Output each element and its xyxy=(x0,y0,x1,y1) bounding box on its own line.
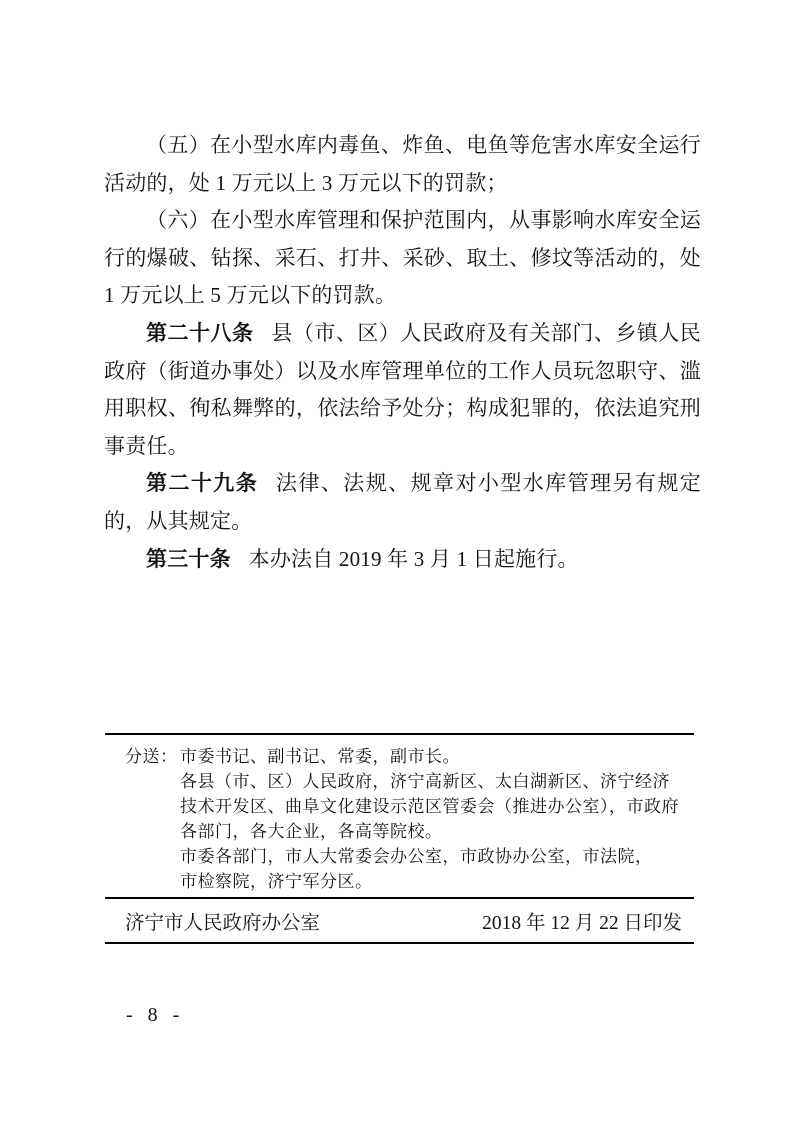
issuer-row: 济宁市人民政府办公室 2018 年 12 月 22 日印发 xyxy=(105,897,694,944)
distribution-line: 各部门，各大企业，各高等院校。 xyxy=(180,819,694,844)
page-number: - 8 - xyxy=(126,1004,184,1027)
paragraph-article-30: 第三十条本办法自 2019 年 3 月 1 日起施行。 xyxy=(104,541,701,579)
distribution-box: 分送： 市委书记、副书记、常委，副市长。 各县（市、区）人民政府，济宁高新区、太… xyxy=(105,733,694,944)
article-number: 第二十八条 xyxy=(146,321,254,345)
distribution-list: 市委书记、副书记、常委，副市长。 各县（市、区）人民政府，济宁高新区、太白湖新区… xyxy=(180,744,694,894)
paragraph-text: 本办法自 2019 年 3 月 1 日起施行。 xyxy=(249,547,579,571)
issue-date: 2018 年 12 月 22 日印发 xyxy=(482,907,682,935)
article-number: 第三十条 xyxy=(146,547,231,571)
paragraph-article-28: 第二十八条县（市、区）人民政府及有关部门、乡镇人民政府（街道办事处）以及水库管理… xyxy=(104,315,701,465)
paragraph-clause-6: （六）在小型水库管理和保护范围内，从事影响水库安全运行的爆破、钻探、采石、打井、… xyxy=(104,202,701,315)
distribution-line: 市委各部门，市人大常委会办公室，市政协办公室，市法院， xyxy=(180,844,694,869)
issuing-office: 济宁市人民政府办公室 xyxy=(125,907,320,935)
paragraph-clause-5: （五）在小型水库内毒鱼、炸鱼、电鱼等危害水库安全运行活动的，处 1 万元以上 3… xyxy=(104,127,701,202)
distribution-label: 分送： xyxy=(105,744,180,894)
article-number: 第二十九条 xyxy=(146,471,258,495)
distribution-line: 市委书记、副书记、常委，副市长。 xyxy=(180,744,694,769)
paragraph-text: （五）在小型水库内毒鱼、炸鱼、电鱼等危害水库安全运行活动的，处 1 万元以上 3… xyxy=(104,133,701,195)
paragraph-article-29: 第二十九条法律、法规、规章对小型水库管理另有规定的，从其规定。 xyxy=(104,465,701,540)
distribution-line: 市检察院，济宁军分区。 xyxy=(180,869,694,894)
document-page: （五）在小型水库内毒鱼、炸鱼、电鱼等危害水库安全运行活动的，处 1 万元以上 3… xyxy=(0,0,800,1131)
document-body: （五）在小型水库内毒鱼、炸鱼、电鱼等危害水库安全运行活动的，处 1 万元以上 3… xyxy=(104,127,701,578)
distribution-section: 分送： 市委书记、副书记、常委，副市长。 各县（市、区）人民政府，济宁高新区、太… xyxy=(105,735,694,897)
paragraph-text: （六）在小型水库管理和保护范围内，从事影响水库安全运行的爆破、钻探、采石、打井、… xyxy=(104,208,701,307)
distribution-line: 技术开发区、曲阜文化建设示范区管委会（推进办公室），市政府 xyxy=(180,794,694,819)
distribution-line: 各县（市、区）人民政府，济宁高新区、太白湖新区、济宁经济 xyxy=(180,769,694,794)
